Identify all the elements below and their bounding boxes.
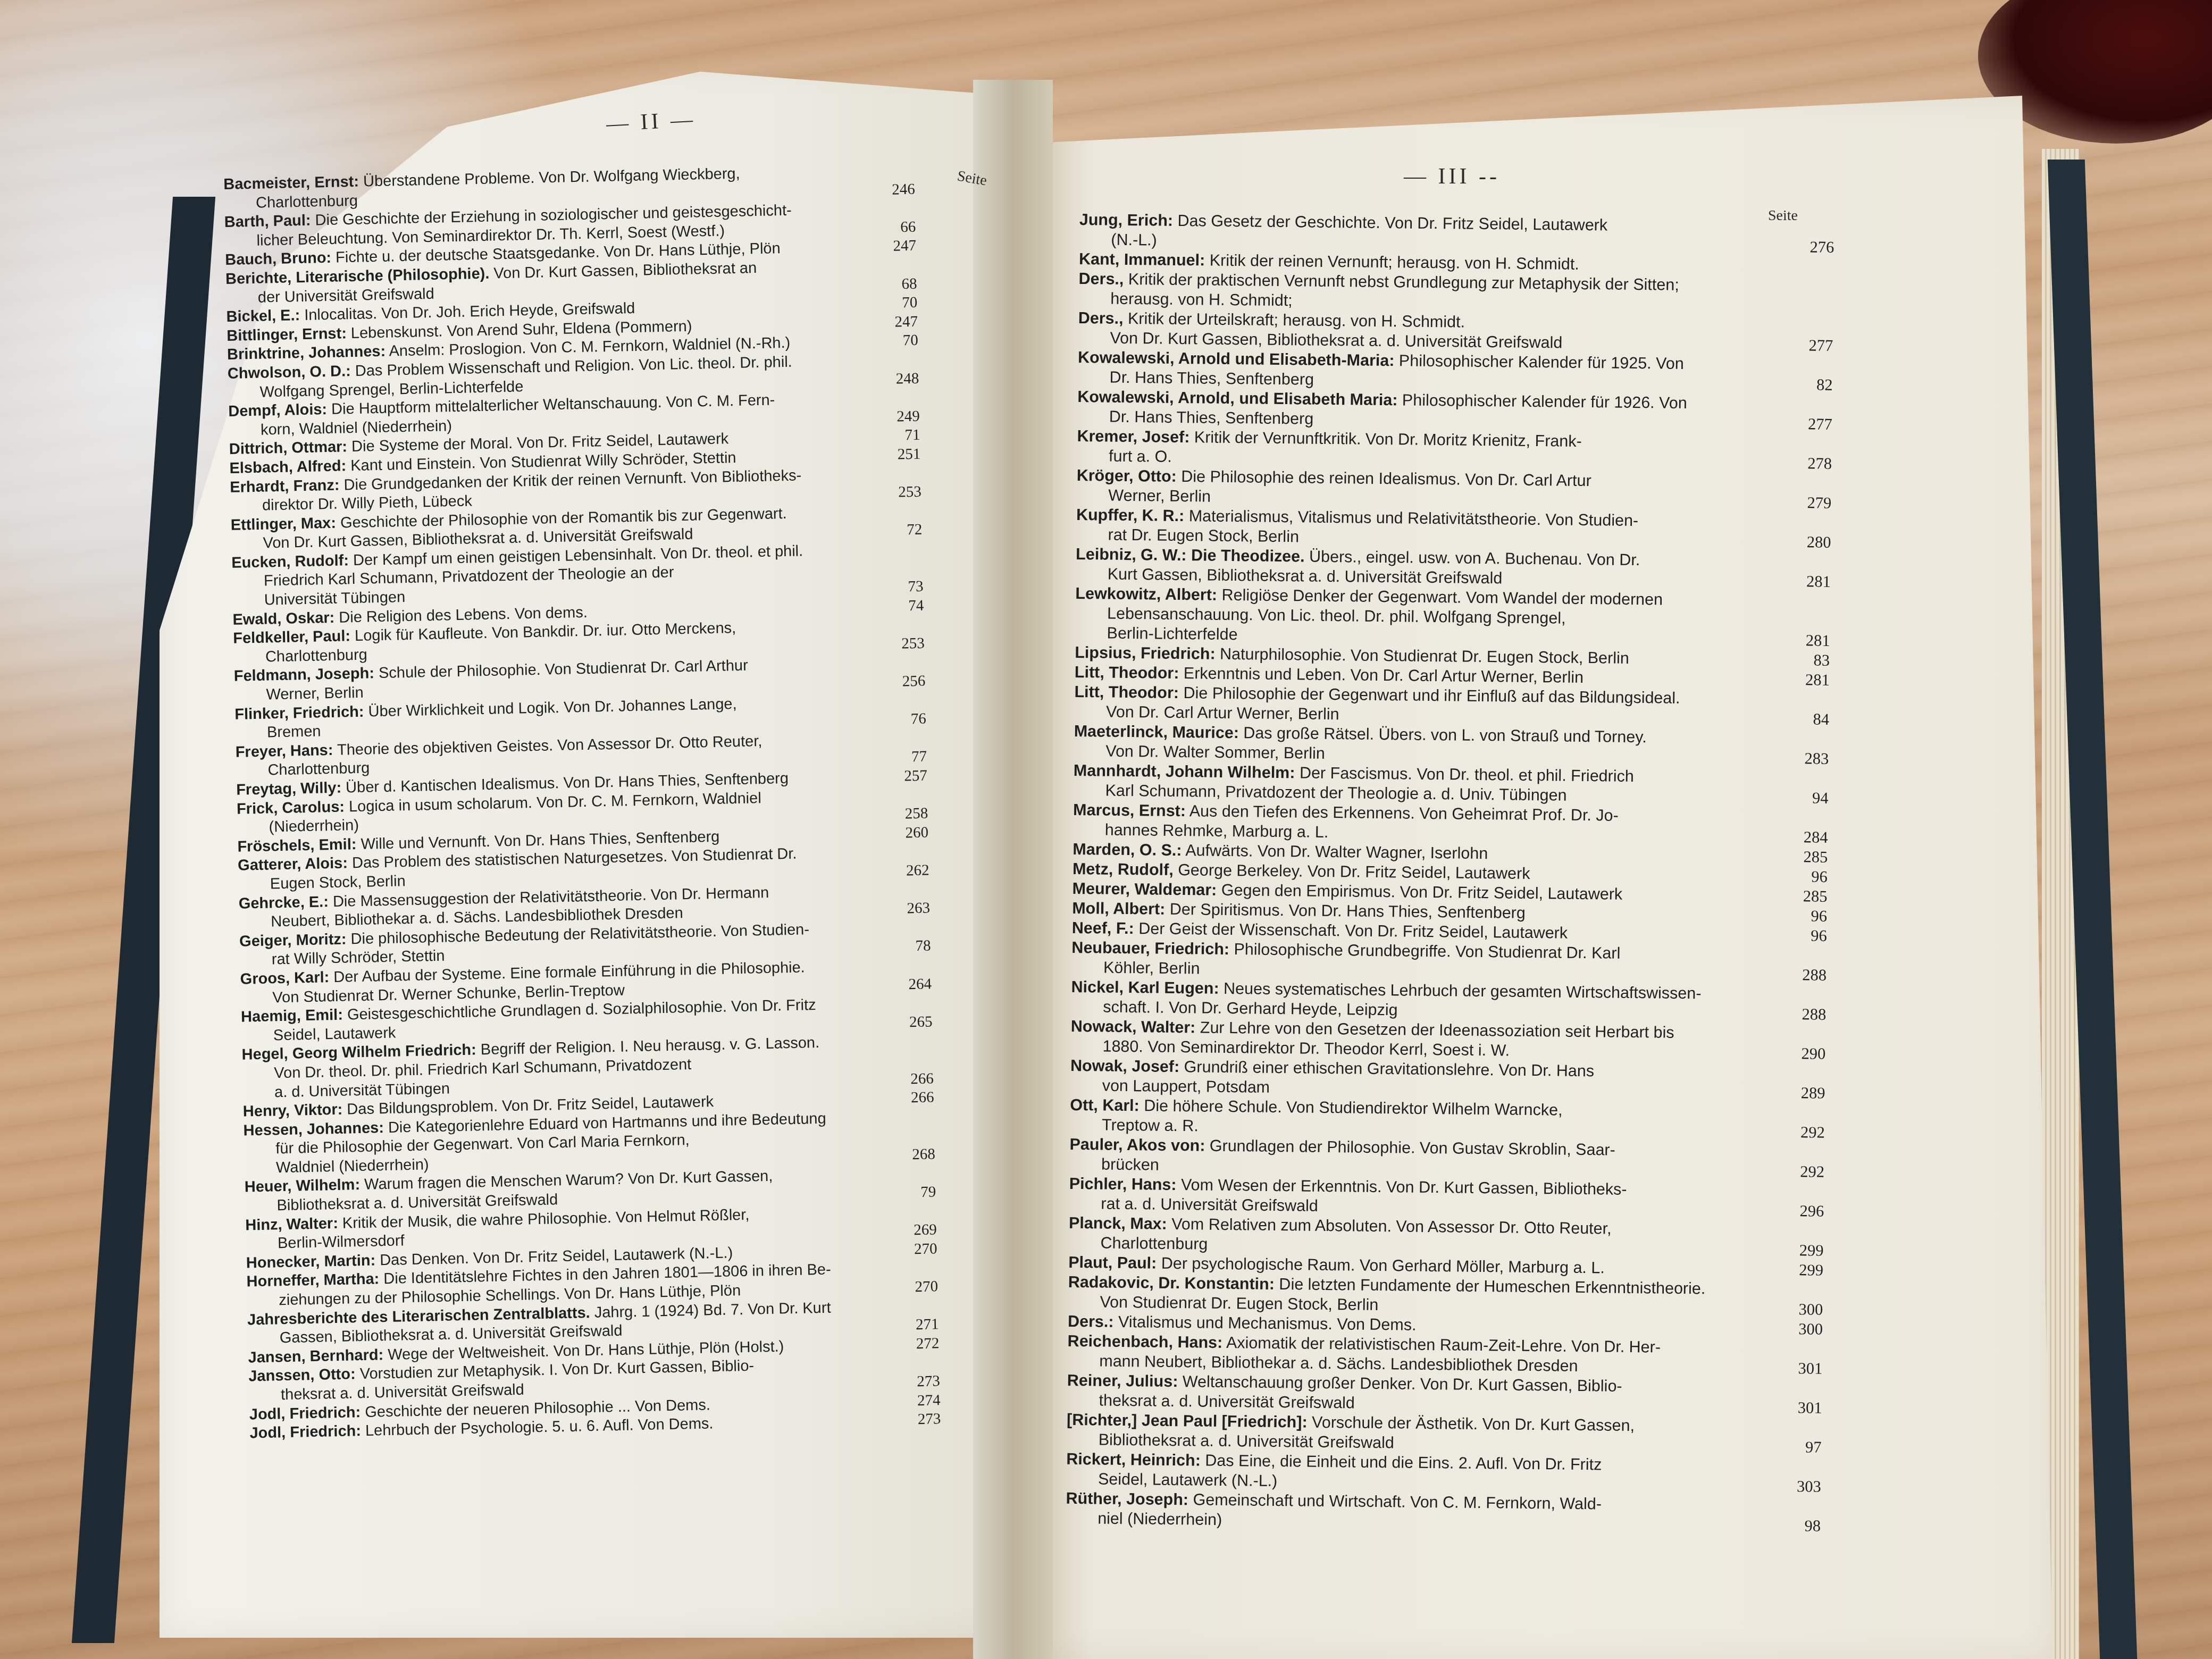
entry-author: Dittrich, Ottmar:	[229, 439, 347, 458]
entry-text: Der Spiritismus. Von Dr. Hans Thies, Sen…	[1170, 900, 1526, 922]
entry-author: Ott, Karl:	[1070, 1096, 1139, 1115]
entry-page-ref: 303	[1763, 1477, 1821, 1497]
entry-page-ref: 285	[1769, 847, 1828, 867]
entry-page-ref: 273	[882, 1410, 941, 1430]
entry-page-ref: 292	[1766, 1162, 1824, 1182]
entry-author: Leibniz, G. W.: Die Theodizee.	[1076, 545, 1305, 566]
entry-page-ref: 251	[862, 445, 921, 465]
entry-author: Feldmann, Joseph:	[233, 665, 374, 685]
entry-page-ref: 253	[866, 634, 925, 654]
entry-author: Bickel, E.:	[226, 307, 300, 325]
entry-page-ref: 94	[1770, 788, 1828, 808]
left-index-list: Bacmeister, Ernst: Überstandene Probleme…	[223, 161, 941, 1443]
entry-text: Vitalismus und Mechanismus. Von Dems.	[1118, 1313, 1417, 1334]
entry-author: Bacmeister, Ernst:	[223, 173, 359, 193]
entry-text: Weltanschauung großer Denker. Von Dr. Ku…	[1183, 1372, 1622, 1395]
entry-author: Litt, Theodor:	[1075, 663, 1179, 682]
entry-author: Brinktrine, Johannes:	[227, 343, 386, 363]
entry-page-ref: 284	[1770, 827, 1828, 848]
entry-author: Pichler, Hans:	[1069, 1175, 1177, 1194]
entry-text: Vorschule der Ästhetik. Von Dr. Kurt Gas…	[1312, 1413, 1635, 1435]
entry-page-ref: 83	[1771, 650, 1830, 671]
entry-text: Der Geist der Wissenschaft. Von Dr. Frit…	[1138, 919, 1568, 942]
entry-author: Kant, Immanuel:	[1079, 250, 1205, 269]
entry-page-ref: 262	[870, 861, 929, 881]
entry-page-ref: 96	[1769, 867, 1828, 887]
entry-author: Jodl, Friedrich:	[249, 1404, 361, 1423]
entry-page-ref: 247	[859, 312, 918, 332]
entry-page-ref: 257	[869, 767, 928, 787]
entry-author: Heuer, Wilhelm:	[245, 1177, 361, 1196]
entry-text: Das Gesetz der Geschichte. Von Dr. Fritz…	[1177, 212, 1607, 234]
entry-author: Ders.,	[1078, 270, 1124, 288]
entry-author: Dempf, Alois:	[228, 401, 327, 420]
entry-text: Grundriß einer ethischen Gravitationsleh…	[1184, 1058, 1595, 1080]
entry-page-ref: 84	[1771, 709, 1829, 730]
entry-page-ref: 281	[1772, 572, 1831, 592]
entry-text: Aus den Tiefen des Erkennens. Von Geheim…	[1189, 802, 1619, 824]
entry-author: Neubauer, Friedrich:	[1071, 939, 1229, 958]
entry-text: Kritik der Urteilskraft; herausg. von H.…	[1128, 309, 1465, 331]
entry-author: Janssen, Otto:	[248, 1366, 356, 1385]
entry-author: Lipsius, Friedrich:	[1075, 643, 1216, 663]
entry-page-ref: 66	[857, 218, 916, 238]
entry-page-ref: 72	[864, 521, 923, 541]
entry-page-ref: 96	[1769, 906, 1827, 926]
entry-author: Radakovic, Dr. Konstantin:	[1068, 1273, 1275, 1293]
entry-author: Kowalewski, Arnold, und Elisabeth Maria:	[1077, 388, 1398, 409]
entry-page-ref: 263	[872, 899, 931, 919]
entry-page-ref: 292	[1766, 1122, 1825, 1143]
entry-page-ref: 248	[860, 369, 919, 389]
entry-page-ref: 82	[1774, 375, 1832, 395]
entry-author: Planck, Max:	[1069, 1214, 1167, 1233]
entry-page-ref: 301	[1764, 1359, 1822, 1379]
entry-page-ref: 265	[874, 1012, 933, 1033]
entry-page-ref: 266	[875, 1088, 934, 1108]
entry-author: Kröger, Otto:	[1077, 466, 1177, 485]
entry-author: Ders.:	[1068, 1312, 1114, 1331]
entry-page-ref: 253	[862, 483, 921, 503]
entry-author: Bittlinger, Ernst:	[227, 325, 347, 345]
entry-text: Erkenntnis und Leben. Von Dr. Carl Artur…	[1184, 664, 1583, 686]
entry-author: Kupffer, K. R.:	[1076, 506, 1185, 525]
entry-page-ref: 296	[1765, 1201, 1824, 1221]
entry-text: Übers., eingel. usw. von A. Buchenau. Vo…	[1309, 548, 1640, 569]
entry-author: Frick, Carolus:	[237, 798, 345, 817]
entry-page-ref: 274	[882, 1391, 941, 1411]
entry-page-ref: 278	[1773, 454, 1832, 474]
entry-page-ref: 299	[1765, 1241, 1823, 1261]
entry-author: Geiger, Moritz:	[239, 931, 347, 950]
entry-author: Pauler, Akos von:	[1069, 1135, 1205, 1155]
entry-page-ref: 266	[875, 1069, 934, 1090]
entry-author: Plaut, Paul:	[1068, 1253, 1157, 1272]
entry-page-ref: 269	[878, 1221, 937, 1241]
right-page-number: — III --	[1404, 164, 1500, 189]
entry-page-ref: 70	[859, 294, 918, 314]
entry-page-ref: 272	[881, 1334, 940, 1354]
entry-page-ref: 264	[873, 975, 932, 995]
entry-author: Marden, O. S.:	[1073, 840, 1182, 859]
entry-author: Marcus, Ernst:	[1073, 801, 1186, 820]
entry-author: Ewald, Oskar:	[232, 609, 334, 628]
entry-author: Mannhardt, Johann Wilhelm:	[1074, 761, 1295, 782]
entry-author: Lewkowitz, Albert:	[1075, 584, 1217, 604]
entry-text: Der Fascismus. Von Dr. theol. et phil. F…	[1300, 764, 1634, 785]
entry-author: Nowak, Josef:	[1070, 1057, 1179, 1076]
entry-author: Feldkeller, Paul:	[233, 627, 350, 647]
entry-text: Kritik der reinen Vernunft; herausg. von…	[1210, 252, 1579, 273]
entry-page-ref: 71	[861, 426, 920, 446]
entry-text: Kritik der Vernunftkritik. Von Dr. Morit…	[1194, 428, 1582, 450]
entry-page-ref: 288	[1767, 1004, 1826, 1025]
entry-author: Metz, Rudolf,	[1073, 860, 1174, 879]
entry-page-ref: 283	[1770, 749, 1829, 769]
entry-author: Elsbach, Alfred:	[229, 457, 346, 477]
entry-author: Eucken, Rudolf:	[231, 552, 349, 572]
entry-author: Groos, Karl:	[240, 969, 329, 988]
entry-page-ref: 277	[1774, 414, 1832, 434]
entry-author: Litt, Theodor:	[1074, 683, 1179, 702]
entry-author: Chwolson, O. D.:	[227, 363, 351, 382]
entry-text: Das große Rätsel. Übers. von L. von Stra…	[1243, 724, 1647, 746]
entry-author: Rickert, Heinrich:	[1066, 1450, 1201, 1470]
entry-page-ref: 70	[859, 331, 918, 351]
entry-page-ref: 246	[856, 180, 915, 200]
entry-author: Henry, Viktor:	[243, 1101, 343, 1120]
entry-text: Die höhere Schule. Von Studiendirektor W…	[1144, 1096, 1562, 1119]
entry-page-ref: 271	[880, 1316, 939, 1336]
entry-page-ref: 97	[1763, 1437, 1822, 1457]
entry-author: Hinz, Walter:	[245, 1215, 338, 1234]
entry-author: Jodl, Friedrich:	[249, 1422, 361, 1442]
entry-page-ref: 270	[879, 1277, 939, 1297]
entry-page-ref: 289	[1766, 1083, 1825, 1103]
entry-author: Nowack, Walter:	[1071, 1017, 1196, 1036]
entry-author: Freyer, Hans:	[235, 742, 333, 761]
entry-page-ref: 281	[1771, 670, 1830, 690]
entry-page-ref: 270	[878, 1239, 937, 1260]
entry-author: Barth, Paul:	[224, 212, 311, 231]
entry-author: Honecker, Martin:	[246, 1252, 376, 1271]
entry-text: Philosophischer Kalender für 1926. Von	[1402, 391, 1687, 412]
entry-page-ref: 301	[1763, 1398, 1822, 1418]
entry-page-ref: 74	[865, 596, 924, 616]
entry-page-ref: 276	[1775, 237, 1834, 257]
entry-author: Kowalewski, Arnold und Elisabeth-Maria:	[1078, 348, 1395, 370]
index-entry: Rüther, Joseph: Gemeinschaft und Wirtsch…	[1066, 1489, 1821, 1536]
entry-page-ref: 290	[1767, 1044, 1825, 1064]
book-gutter	[973, 80, 1053, 1659]
entry-author: Gehrcke, E.:	[238, 893, 329, 912]
entry-author: [Richter,] Jean Paul [Friedrich]:	[1067, 1411, 1308, 1431]
right-index-list: Jung, Erich: Das Gesetz der Geschichte. …	[1066, 210, 1834, 1536]
entry-page-ref: 73	[865, 577, 924, 598]
entry-author: Freytag, Willy:	[236, 780, 342, 799]
entry-page-ref: 68	[858, 274, 917, 295]
entry-author: Nickel, Karl Eugen:	[1071, 978, 1219, 998]
index-entry: Lewkowitz, Albert: Religiöse Denker der …	[1075, 584, 1830, 651]
entry-page-ref: 300	[1764, 1319, 1823, 1339]
entry-author: Meurer, Waldemar:	[1072, 879, 1217, 899]
entry-text: Gegen den Empirismus. Von Dr. Fritz Seid…	[1221, 881, 1623, 903]
entry-text: Philosophische Grundbegriffe. Von Studie…	[1234, 940, 1620, 962]
entry-author: Fröschels, Emil:	[237, 836, 357, 856]
entry-page-ref: 280	[1772, 532, 1831, 552]
entry-author: Reiner, Julius:	[1067, 1371, 1178, 1390]
entry-page-ref: 260	[870, 823, 929, 843]
entry-text: Die letzten Fundamente der Humeschen Erk…	[1279, 1275, 1705, 1297]
entry-page-ref: 77	[868, 748, 927, 768]
entry-page-ref: 273	[881, 1372, 940, 1392]
entry-text: Jahrg. 1 (1924) Bd. 7. Von Dr. Kurt	[594, 1299, 831, 1321]
entry-text: Philosophischer Kalender für 1925. Von	[1399, 351, 1684, 373]
entry-author: Gatterer, Alois:	[238, 855, 348, 874]
entry-page-ref: 281	[1771, 631, 1830, 651]
entry-author: Jansen, Bernhard:	[248, 1346, 383, 1366]
entry-author: Ders.,	[1078, 309, 1124, 328]
entry-page-ref: 268	[877, 1145, 936, 1165]
entry-page-ref: 300	[1764, 1300, 1823, 1320]
entry-page-ref: 98	[1762, 1516, 1821, 1536]
entry-page-ref: 78	[872, 937, 931, 957]
entry-author: Maeterlinck, Maurice:	[1074, 722, 1239, 742]
entry-author: Hessen, Johannes:	[243, 1119, 384, 1139]
entry-author: Kremer, Josef:	[1077, 427, 1189, 446]
entry-page-ref: 256	[867, 672, 926, 692]
entry-text: Vom Relativen zum Absoluten. Von Assesso…	[1171, 1215, 1612, 1238]
entry-page-ref: 258	[869, 805, 928, 825]
entry-text: Gemeinschaft und Wirtschaft. Von C. M. F…	[1193, 1490, 1602, 1513]
entry-author: Neef, F.:	[1072, 919, 1134, 937]
entry-text: Axiomatik der relativistischen Raum-Zeit…	[1226, 1334, 1661, 1356]
entry-text: Das Eine, die Einheit und die Eins. 2. A…	[1205, 1452, 1602, 1474]
entry-page-ref: 249	[861, 407, 920, 427]
entry-page-ref: 288	[1768, 965, 1826, 985]
entry-author: Moll, Albert:	[1072, 899, 1165, 918]
entry-page-ref: 279	[1773, 493, 1831, 513]
entry-author: Flinker, Friedrich:	[234, 703, 364, 723]
entry-author: Rüther, Joseph:	[1066, 1489, 1188, 1509]
entry-page-ref: 299	[1765, 1260, 1823, 1280]
entry-author: Jung, Erich:	[1079, 211, 1174, 230]
entry-page-ref: 277	[1774, 336, 1833, 356]
entry-text: Religiöse Denker der Gegenwart. Vom Wand…	[1221, 586, 1663, 609]
entry-page-ref: 76	[867, 710, 926, 730]
entry-text: George Berkeley. Von Dr. Fritz Seidel, L…	[1178, 861, 1530, 883]
entry-text: Grundlagen der Philosophie. Von Gustav S…	[1210, 1137, 1615, 1159]
entry-author: Reichenbach, Hans:	[1068, 1332, 1223, 1352]
entry-author: Erhardt, Franz:	[230, 476, 340, 496]
entry-page-ref: 247	[858, 237, 917, 257]
entry-text: Die Philosophie des reinen Idealismus. V…	[1181, 467, 1591, 490]
entry-author: Haemig, Emil:	[241, 1007, 343, 1026]
entry-page-ref: 96	[1769, 926, 1827, 946]
entry-author: Ettlinger, Max:	[230, 514, 336, 533]
entry-author: Horneffer, Martha:	[246, 1271, 379, 1291]
entry-page-ref: 79	[877, 1183, 936, 1203]
entry-text: Aufwärts. Von Dr. Walter Wagner, Iserloh…	[1185, 841, 1488, 862]
left-page-number: — II —	[606, 107, 697, 137]
entry-page-ref: 285	[1769, 886, 1827, 907]
entry-author: Bauch, Bruno:	[225, 249, 331, 269]
entry-text: Naturphilosophie. Von Studienrat Dr. Eug…	[1220, 645, 1629, 667]
